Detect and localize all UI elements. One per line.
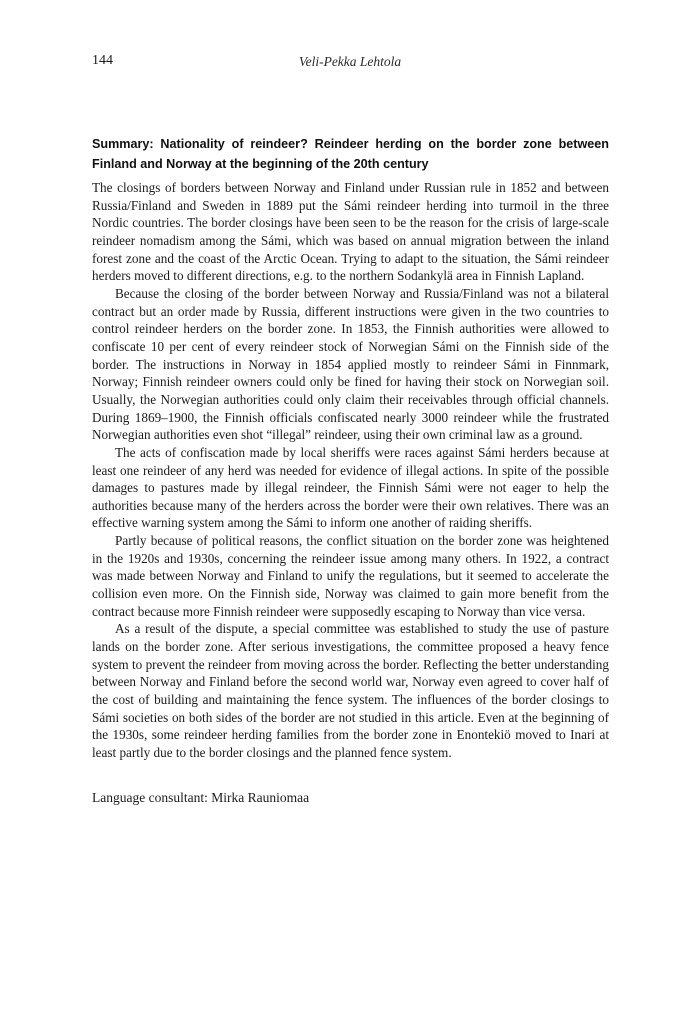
running-header-author: Veli-Pekka Lehtola xyxy=(0,54,700,70)
summary-paragraph: The closings of borders between Norway a… xyxy=(92,179,609,285)
language-consultant-credit: Language consultant: Mirka Rauniomaa xyxy=(92,790,309,806)
document-page: 144 Veli-Pekka Lehtola Summary: National… xyxy=(0,0,700,1014)
summary-paragraph: As a result of the dispute, a special co… xyxy=(92,620,609,761)
summary-paragraph: Partly because of political reasons, the… xyxy=(92,532,609,620)
summary-paragraph: The acts of confiscation made by local s… xyxy=(92,444,609,532)
summary-heading: Summary: Nationality of reindeer? Reinde… xyxy=(92,135,609,174)
summary-body: The closings of borders between Norway a… xyxy=(92,179,609,762)
summary-paragraph: Because the closing of the border betwee… xyxy=(92,285,609,444)
